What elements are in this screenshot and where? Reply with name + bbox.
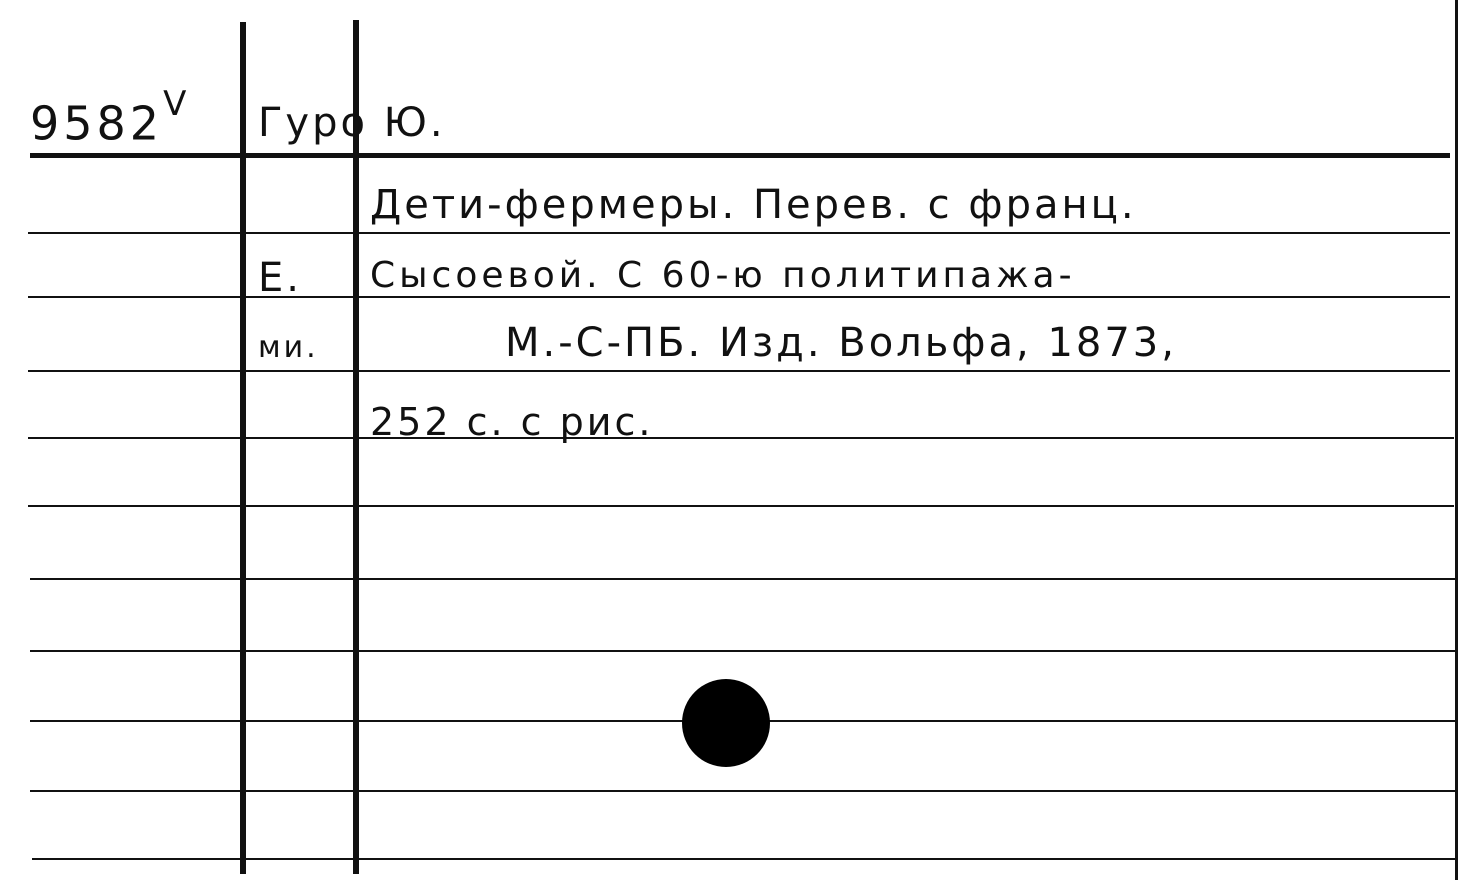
margin-note-1: Е. <box>258 255 302 301</box>
margin-line-left <box>240 22 246 874</box>
call-mark: V <box>163 84 190 124</box>
margin-line-right <box>353 20 359 874</box>
card-edge <box>1455 0 1458 880</box>
margin-note-2: ми. <box>258 330 319 365</box>
title-line-2: Сысоевой. С 60-ю политипажа- <box>370 255 1076 296</box>
call-number: 9582V <box>30 92 190 150</box>
imprint-line: М.-С-ПБ. Изд. Вольфа, 1873, <box>505 320 1177 366</box>
author-heading: Гуро Ю. <box>258 100 446 146</box>
title-line-1: Дети-фермеры. Перев. с франц. <box>370 182 1137 228</box>
catalog-card: 9582V Гуро Ю. Дети-фермеры. Перев. с фра… <box>0 0 1462 880</box>
collation-line: 252 с. с рис. <box>370 400 653 444</box>
punch-hole <box>682 679 770 767</box>
